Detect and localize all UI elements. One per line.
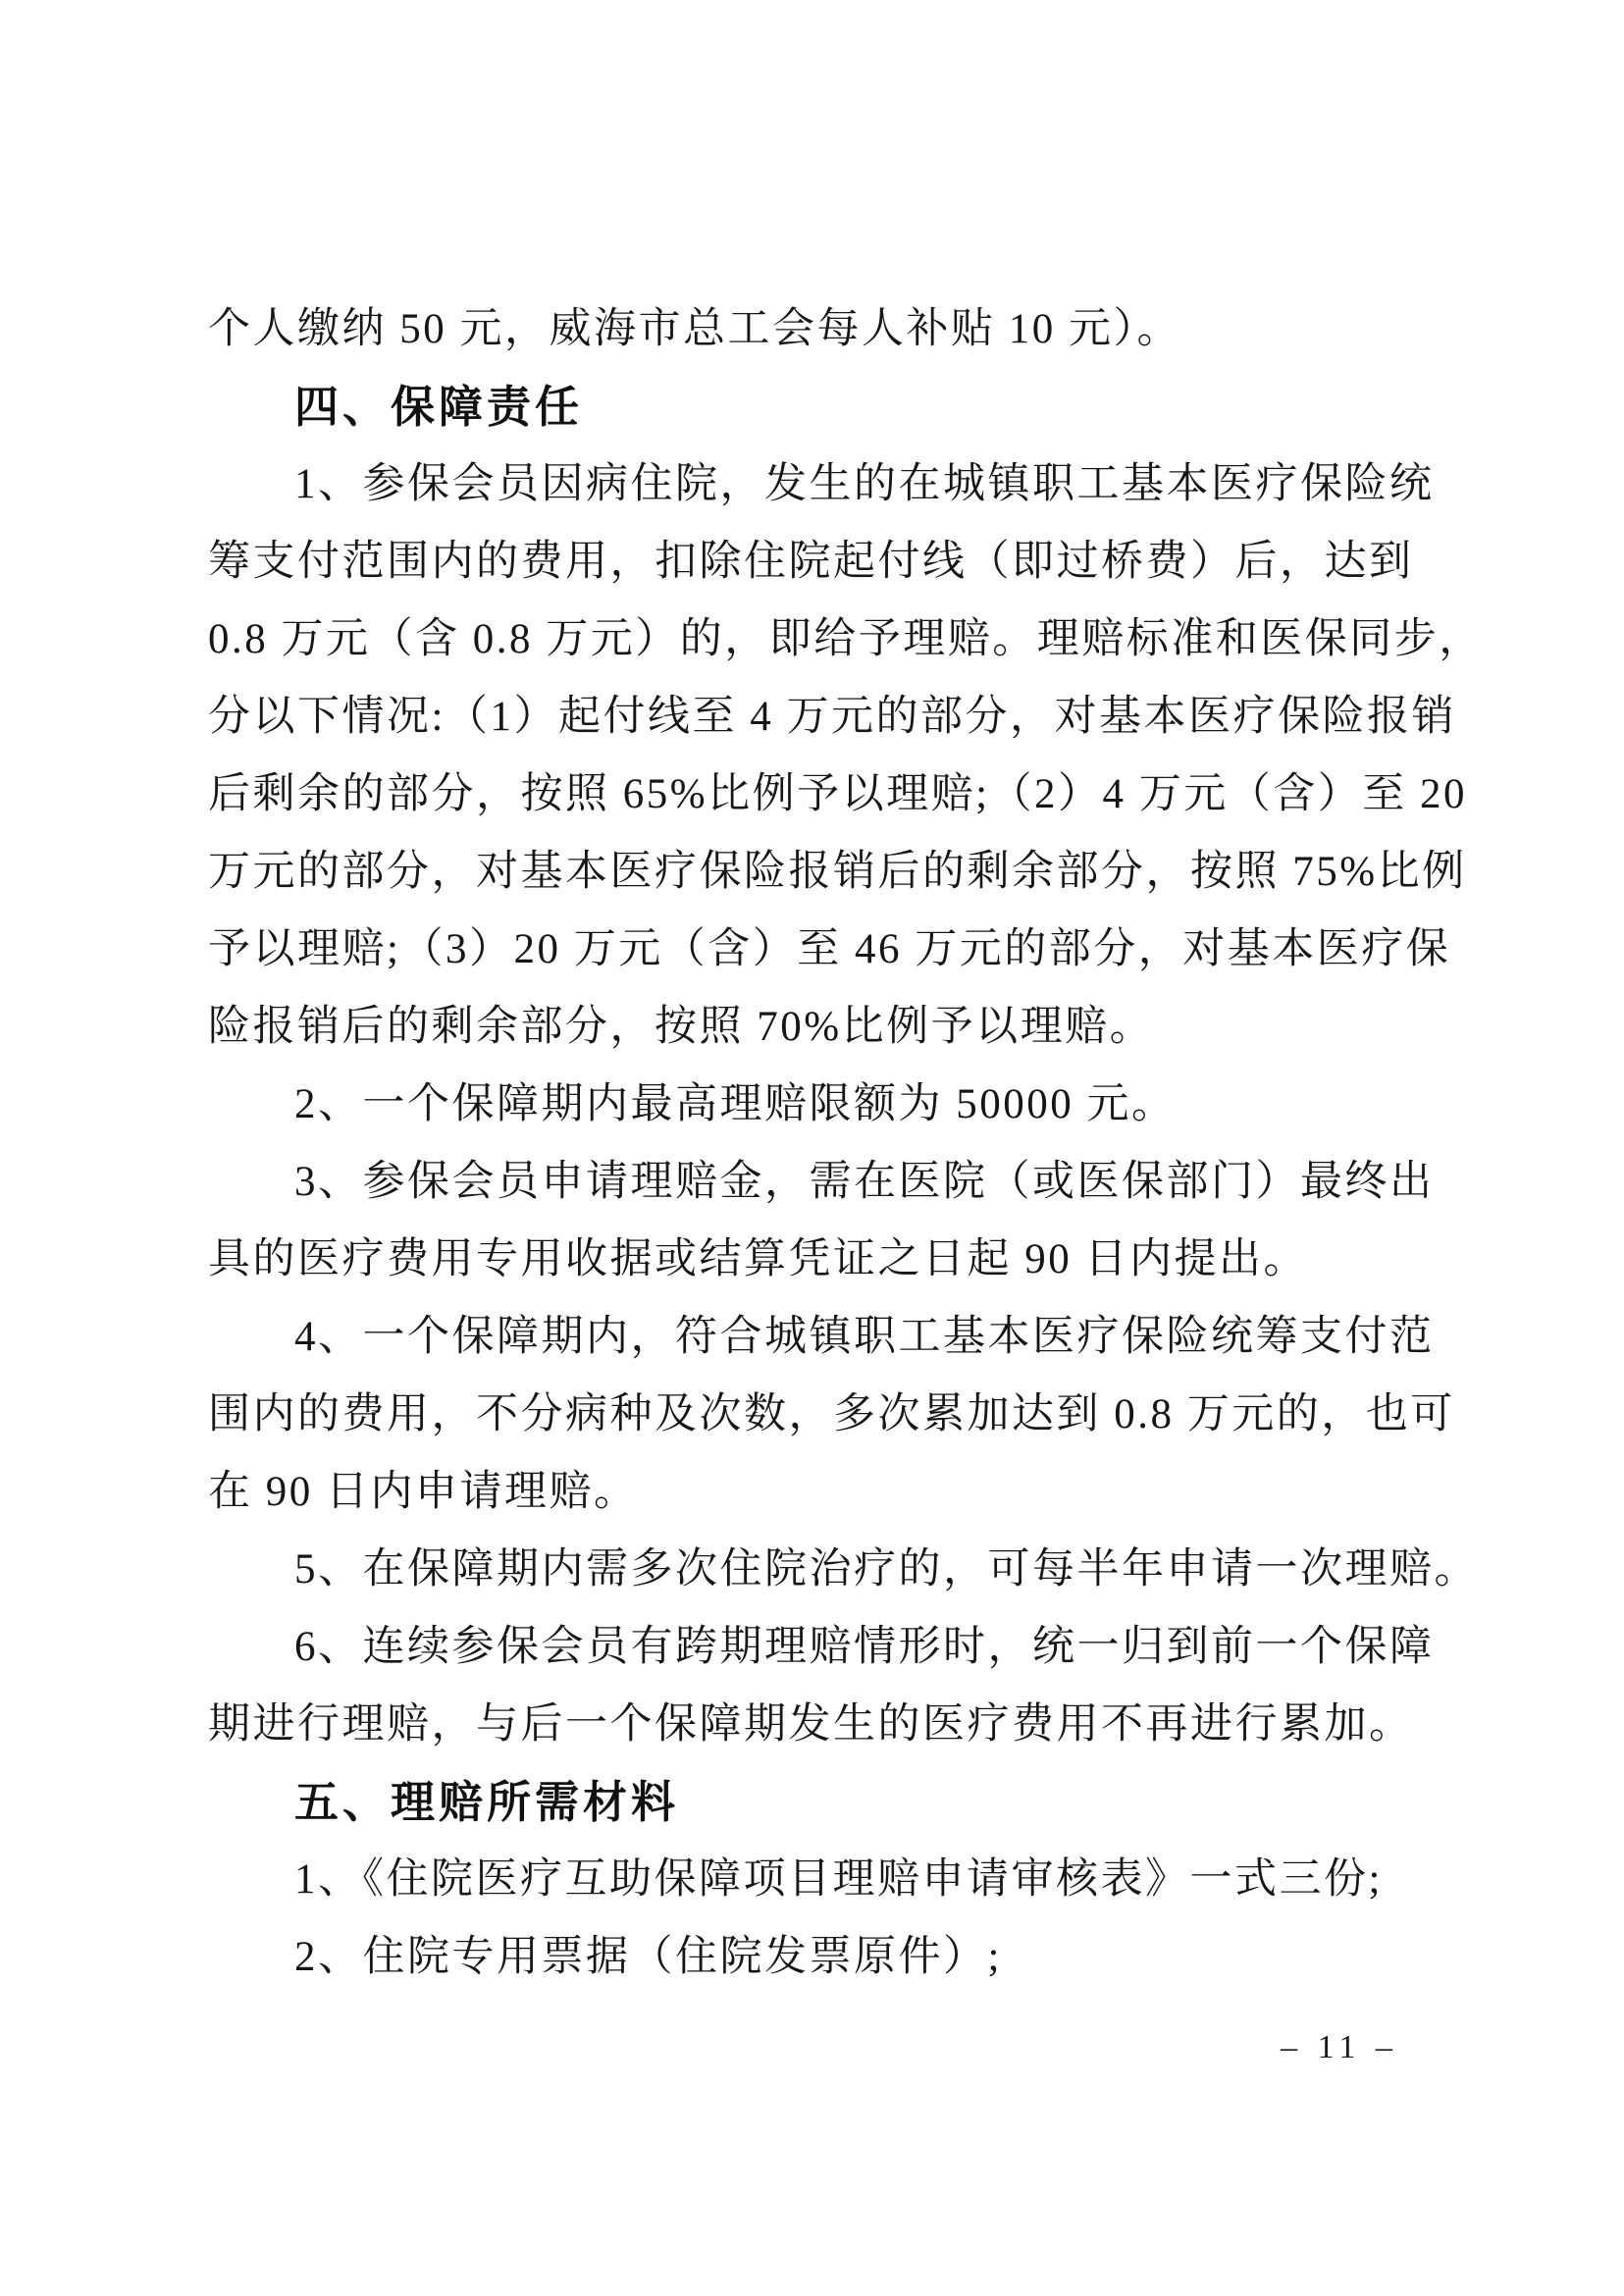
paragraph-line: 4、一个保障期内，符合城镇职工基本医疗保险统筹支付范	[208, 1298, 1423, 1376]
paragraph-line: 具的医疗费用专用收据或结算凭证之日起 90 日内提出。	[208, 1221, 1423, 1298]
document-page: 个人缴纳 50 元，威海市总工会每人补贴 10 元）。 四、保障责任 1、参保会…	[0, 0, 1624, 2296]
paragraph-line: 期进行理赔，与后一个保障期发生的医疗费用不再进行累加。	[208, 1686, 1423, 1763]
section-heading-5: 五、理赔所需材料	[208, 1763, 1423, 1841]
paragraph-line: 万元的部分，对基本医疗保险报销后的剩余部分，按照 75%比例	[208, 833, 1423, 911]
paragraph-line: 2、住院专用票据（住院发票原件）;	[208, 1918, 1423, 1996]
paragraph-line: 1、参保会员因病住院，发生的在城镇职工基本医疗保险统	[208, 445, 1423, 523]
paragraph-line: 围内的费用，不分病种及次数，多次累加达到 0.8 万元的，也可	[208, 1376, 1423, 1453]
paragraph-line: 分以下情况:（1）起付线至 4 万元的部分，对基本医疗保险报销	[208, 678, 1423, 756]
paragraph-line: 3、参保会员申请理赔金，需在医院（或医保部门）最终出	[208, 1143, 1423, 1221]
paragraph-line: 险报销后的剩余部分，按照 70%比例予以理赔。	[208, 988, 1423, 1066]
paragraph-line: 6、连续参保会员有跨期理赔情形时，统一归到前一个保障	[208, 1608, 1423, 1686]
paragraph-line: 筹支付范围内的费用，扣除住院起付线（即过桥费）后，达到	[208, 523, 1423, 600]
document-text-block: 个人缴纳 50 元，威海市总工会每人补贴 10 元）。 四、保障责任 1、参保会…	[208, 290, 1423, 1996]
paragraph-line: 0.8 万元（含 0.8 万元）的，即给予理赔。理赔标准和医保同步，	[208, 600, 1423, 678]
paragraph-line: 予以理赔;（3）20 万元（含）至 46 万元的部分，对基本医疗保	[208, 911, 1423, 988]
paragraph-line: 1、《住院医疗互助保障项目理赔申请审核表》一式三份;	[208, 1841, 1423, 1918]
section-heading-4: 四、保障责任	[208, 368, 1423, 445]
paragraph-line: 2、一个保障期内最高理赔限额为 50000 元。	[208, 1066, 1423, 1143]
paragraph-line: 个人缴纳 50 元，威海市总工会每人补贴 10 元）。	[208, 290, 1423, 368]
paragraph-line: 5、在保障期内需多次住院治疗的，可每半年申请一次理赔。	[208, 1531, 1423, 1608]
paragraph-line: 后剩余的部分，按照 65%比例予以理赔;（2）4 万元（含）至 20	[208, 756, 1423, 833]
page-number: – 11 –	[1266, 2023, 1413, 2072]
paragraph-line: 在 90 日内申请理赔。	[208, 1453, 1423, 1531]
